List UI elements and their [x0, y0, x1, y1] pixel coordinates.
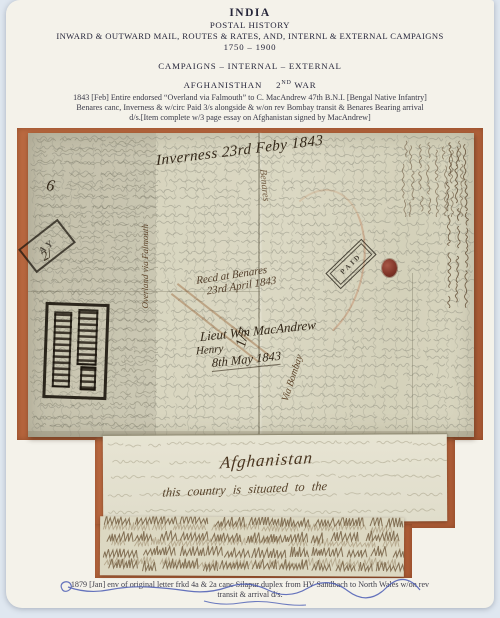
description-line: 1843 [Feb] Entire endorsed “Overland via… — [20, 93, 480, 103]
handstamp-column — [52, 311, 73, 388]
description-line: d/s.[Item complete w/3 page essay on Afg… — [20, 113, 480, 123]
item-description: 1843 [Feb] Entire endorsed “Overland via… — [20, 93, 480, 124]
handstamp-column — [77, 309, 99, 366]
caption-line: 1879 [Jan] env of original letter frkd 4… — [20, 580, 480, 590]
war-line: AFGHANISTHAN2ND WAR — [6, 80, 494, 90]
page-subtitle: POSTAL HISTORY — [6, 20, 494, 30]
essay-handwriting-strip — [100, 516, 404, 577]
description-line: Benares canc, Inverness & w/circ Paid 3/… — [20, 103, 480, 113]
caption-line: transit & arrival d/s. — [20, 590, 480, 600]
native-boxed-handstamp — [42, 302, 109, 400]
handwriting-zigzag-texture-light — [100, 519, 404, 580]
essay-page-strip: Afghanistan this country is situated to … — [103, 433, 447, 523]
bottom-caption: 1879 [Jan] env of original letter frkd 4… — [20, 580, 480, 600]
show-through-texture — [103, 434, 447, 523]
wax-seal — [382, 259, 397, 277]
series-line: INWARD & OUTWARD MAIL, ROUTES & RATES, A… — [6, 31, 494, 41]
fold-line — [412, 273, 413, 437]
cover-letter-photo: Inverness 23rd Feby 1843 Overland via Fa… — [28, 133, 474, 437]
page-title: INDIA — [6, 7, 494, 19]
handstamp-column — [80, 366, 97, 391]
campaigns-line: CAMPAIGNS – INTERNAL – EXTERNAL — [6, 61, 494, 71]
album-page: INDIA POSTAL HISTORY INWARD & OUTWARD MA… — [6, 0, 494, 608]
cross-writing-top-right — [400, 139, 466, 217]
exhibit-header: INDIA POSTAL HISTORY INWARD & OUTWARD MA… — [6, 7, 494, 90]
period-line: 1750 – 1900 — [6, 42, 494, 52]
route-endorsement: Overland via Falmouth — [140, 224, 150, 309]
